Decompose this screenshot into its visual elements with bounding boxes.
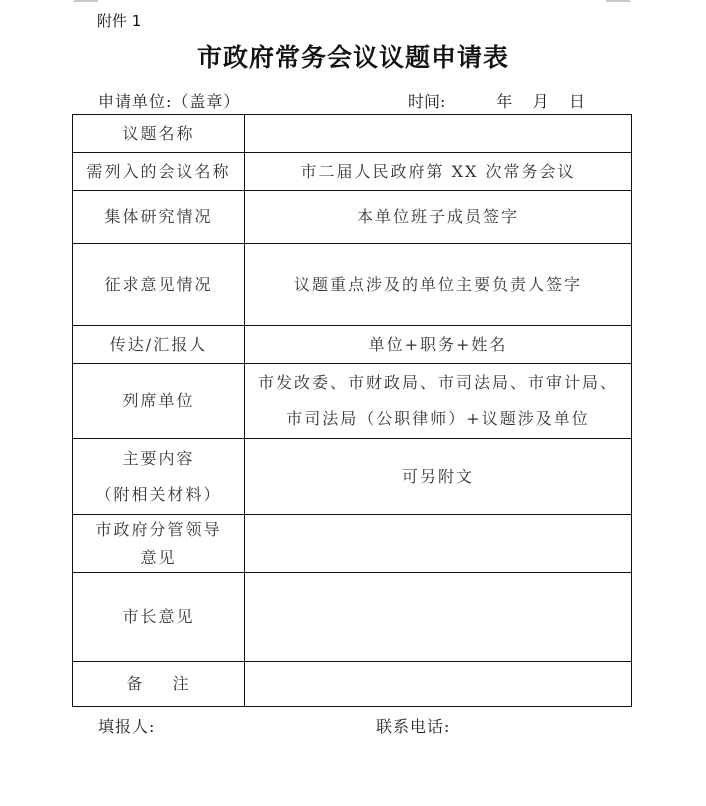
row-label: 需列入的会议名称 xyxy=(73,153,245,191)
attending-units-line-2: 市司法局（公职律师）+议题涉及单位 xyxy=(249,401,627,437)
row-label: 备 注 xyxy=(73,662,245,707)
row-label-line-2: （附相关材料） xyxy=(77,477,240,513)
phone-label: 联系电话: xyxy=(376,714,450,737)
row-label: 征求意见情况 xyxy=(73,244,245,326)
row-label-line-1: 主要内容 xyxy=(77,441,240,477)
applicant-unit-label: 申请单位:（盖章） xyxy=(98,89,240,112)
time-label: 时间: xyxy=(408,92,445,111)
row-label: 市长意见 xyxy=(73,573,245,662)
table-row-collective-research: 集体研究情况 本单位班子成员签字 xyxy=(73,191,632,244)
application-form-table: 议题名称 需列入的会议名称 市二届人民政府第 XX 次常务会议 集体研究情况 本… xyxy=(72,114,632,707)
table-row-topic-name: 议题名称 xyxy=(73,115,632,153)
table-row-meeting-name: 需列入的会议名称 市二届人民政府第 XX 次常务会议 xyxy=(73,153,632,191)
reporter-field[interactable]: 单位+职务+姓名 xyxy=(245,326,632,364)
table-row-mayor-opinion: 市长意见 xyxy=(73,573,632,662)
attachment-label: 附件 1 xyxy=(97,10,141,31)
opinion-solicitation-field[interactable]: 议题重点涉及的单位主要负责人签字 xyxy=(245,244,632,326)
page-corner-mark-left xyxy=(74,0,98,2)
table-row-leader-opinion: 市政府分管领导 意见 xyxy=(73,515,632,573)
filler-label: 填报人: xyxy=(98,714,155,737)
row-label: 列席单位 xyxy=(73,364,245,439)
row-label: 传达/汇报人 xyxy=(73,326,245,364)
meeting-name-field[interactable]: 市二届人民政府第 XX 次常务会议 xyxy=(245,153,632,191)
row-label: 主要内容 （附相关材料） xyxy=(73,439,245,515)
row-label-line-1: 市政府分管领导 xyxy=(77,516,240,544)
attending-units-line-1: 市发改委、市财政局、市司法局、市审计局、 xyxy=(249,365,627,401)
table-row-opinion-solicitation: 征求意见情况 议题重点涉及的单位主要负责人签字 xyxy=(73,244,632,326)
attending-units-field[interactable]: 市发改委、市财政局、市司法局、市审计局、 市司法局（公职律师）+议题涉及单位 xyxy=(245,364,632,439)
row-label-line-2: 意见 xyxy=(77,544,240,572)
table-row-main-content: 主要内容 （附相关材料） 可另附文 xyxy=(73,439,632,515)
row-label: 市政府分管领导 意见 xyxy=(73,515,245,573)
collective-research-field[interactable]: 本单位班子成员签字 xyxy=(245,191,632,244)
row-label: 集体研究情况 xyxy=(73,191,245,244)
table-row-remarks: 备 注 xyxy=(73,662,632,707)
topic-name-field[interactable] xyxy=(245,115,632,153)
page-corner-mark-right xyxy=(606,0,630,2)
date-fields: 年 月 日 xyxy=(496,92,585,111)
table-row-attending-units: 列席单位 市发改委、市财政局、市司法局、市审计局、 市司法局（公职律师）+议题涉… xyxy=(73,364,632,439)
mayor-opinion-field[interactable] xyxy=(245,573,632,662)
remarks-field[interactable] xyxy=(245,662,632,707)
time-field: 时间: 年 月 日 xyxy=(408,89,585,112)
page-title: 市政府常务会议议题申请表 xyxy=(0,38,706,74)
main-content-field[interactable]: 可另附文 xyxy=(245,439,632,515)
table-row-reporter: 传达/汇报人 单位+职务+姓名 xyxy=(73,326,632,364)
row-label: 议题名称 xyxy=(73,115,245,153)
leader-opinion-field[interactable] xyxy=(245,515,632,573)
